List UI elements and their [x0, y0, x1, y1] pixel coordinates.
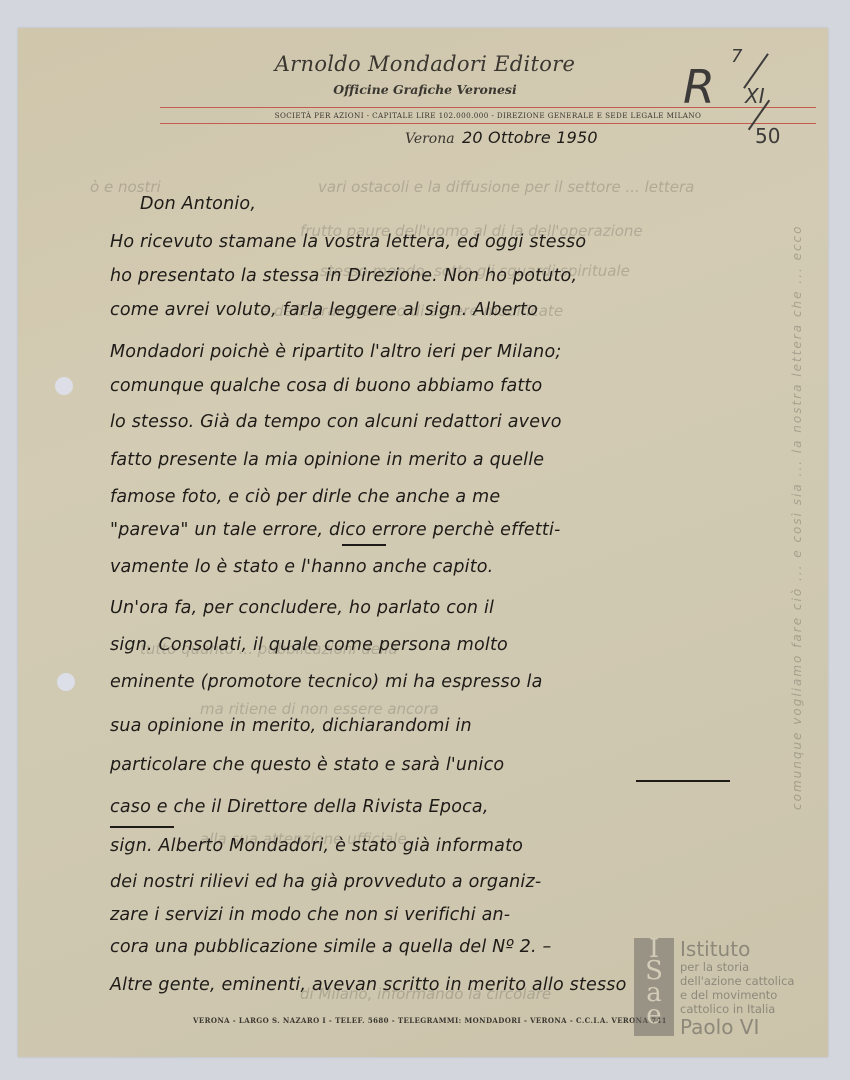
letter-line: Mondadori poichè è ripartito l'altro ier… — [110, 342, 561, 362]
letter-line: eminente (promotore tecnico) mi ha espre… — [110, 672, 543, 692]
letter-line: come avrei voluto, farla leggere al sign… — [110, 300, 538, 320]
letter-line: ho presentato la stessa in Direzione. No… — [110, 266, 577, 286]
letter-line: caso e che il Direttore della Rivista Ep… — [110, 797, 489, 817]
letter-line: cora una pubblicazione simile a quella d… — [110, 937, 552, 957]
letter-line: lo stesso. Già da tempo con alcuni redat… — [110, 412, 562, 432]
watermark-text: Istituto per la storia dell'azione catto… — [680, 938, 794, 1038]
underline-lunico — [636, 780, 730, 782]
letter-line: particolare che questo è stato e sarà l'… — [110, 755, 504, 775]
watermark-logo-icon: ISae — [634, 938, 674, 1036]
letter-body: Don Antonio, Ho ricevuto stamane la vost… — [0, 0, 850, 1080]
letter-line: Ho ricevuto stamane la vostra lettera, e… — [110, 232, 586, 252]
salutation: Don Antonio, — [140, 194, 256, 214]
underline-caso — [110, 826, 174, 828]
letter-line: dei nostri rilievi ed ha già provveduto … — [110, 872, 541, 892]
letter-line: sign. Consolati, il quale come persona m… — [110, 635, 508, 655]
letter-line: vamente lo è stato e l'hanno anche capit… — [110, 557, 493, 577]
letter-line: zare i servizi in modo che non si verifi… — [110, 905, 510, 925]
letter-line: Altre gente, eminenti, avevan scritto in… — [110, 975, 627, 995]
underline-errore — [342, 544, 386, 546]
letter-line: Un'ora fa, per concludere, ho parlato co… — [110, 598, 494, 618]
letter-line: famose foto, e ciò per dirle che anche a… — [110, 487, 500, 507]
letter-line: sua opinione in merito, dichiarandomi in — [110, 716, 472, 736]
letter-line-with-underline: "pareva" un tale errore, dico errore per… — [110, 520, 561, 540]
letterhead-footer: VERONA - LARGO S. NAZARO I - TELEF. 5680… — [160, 1016, 700, 1025]
letter-line: fatto presente la mia opinione in merito… — [110, 450, 544, 470]
archive-watermark: ISae Istituto per la storia dell'azione … — [634, 938, 824, 1036]
letter-line: comunque qualche cosa di buono abbiamo f… — [110, 376, 542, 396]
letter-line: sign. Alberto Mondadori, è stato già inf… — [110, 836, 523, 856]
